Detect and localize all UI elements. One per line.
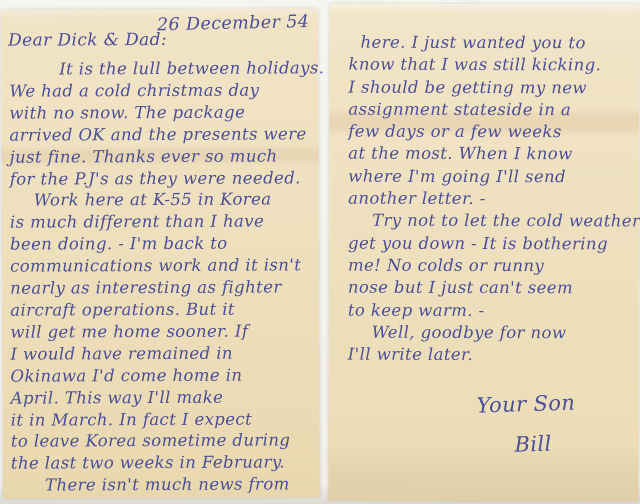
letter-line: Okinawa I'd come home in — [10, 364, 325, 387]
letter-line: just fine. Thanks ever so much — [10, 145, 325, 168]
signature-closing: Your Son — [476, 391, 575, 418]
letter-line: nearly as interesting as fighter — [10, 276, 325, 299]
letter-line: know that I was still kicking. — [348, 54, 640, 77]
letter-line: Work here at K-55 in Korea — [10, 189, 325, 212]
letter-line: here. I just wanted you to — [349, 32, 640, 55]
letter-body-right: here. I just wanted you to know that I w… — [348, 32, 640, 367]
letter-line: with no snow. The package — [9, 101, 324, 124]
letter-line: April. This way I'll make — [11, 386, 326, 409]
letter-line: It is the lull between holidays. — [9, 57, 324, 80]
letter-line: me! No colds or runny — [348, 255, 640, 278]
letter-line: We had a cold christmas day — [9, 79, 324, 102]
letter-line: at the most. When I know — [348, 143, 640, 166]
letter-line: arrived OK and the presents were — [9, 123, 324, 146]
letter-scan: 26 December 54 Dear Dick & Dad: It is th… — [0, 0, 640, 504]
letter-line: another letter. - — [348, 188, 640, 211]
letter-line: Well, goodbye for now — [348, 322, 640, 345]
letter-line: the last two weeks in February. — [11, 452, 326, 475]
letter-date: 26 December 54 — [157, 12, 310, 35]
letter-line: for the P.J's as they were needed. — [10, 167, 325, 190]
letter-line: is much different than I have — [10, 211, 325, 234]
letter-line: I would have remained in — [10, 342, 325, 365]
letter-line: to keep warm. - — [348, 299, 640, 322]
letter-line: where I'm going I'll send — [348, 165, 640, 188]
letter-body-left: It is the lull between holidays. We had … — [9, 57, 326, 496]
letter-line: assignment stateside in a — [348, 99, 640, 122]
letter-line: will get me home sooner. If — [10, 320, 325, 343]
letter-line: I should be getting my new — [348, 76, 640, 99]
letter-line: been doing. - I'm back to — [10, 233, 325, 256]
letter-line: communications work and it isn't — [10, 254, 325, 277]
letter-line: get you down - It is bothering — [348, 232, 640, 255]
letter-salutation: Dear Dick & Dad: — [8, 30, 167, 51]
letter-line: nose but I just can't seem — [348, 277, 640, 300]
letter-line: aircraft operations. But it — [10, 298, 325, 321]
letter-line: few days or a few weeks — [348, 121, 640, 144]
letter-page-right: here. I just wanted you to know that I w… — [328, 4, 639, 502]
letter-line: There isn't much news from — [11, 473, 326, 496]
letter-line: I'll write later. — [348, 344, 640, 367]
letter-page-left: 26 December 54 Dear Dick & Dad: It is th… — [1, 8, 320, 498]
letter-line: it in March. In fact I expect — [11, 408, 326, 431]
letter-line: Try not to let the cold weather — [348, 210, 640, 233]
signature-name: Bill — [514, 432, 552, 457]
letter-line: to leave Korea sometime during — [11, 430, 326, 453]
